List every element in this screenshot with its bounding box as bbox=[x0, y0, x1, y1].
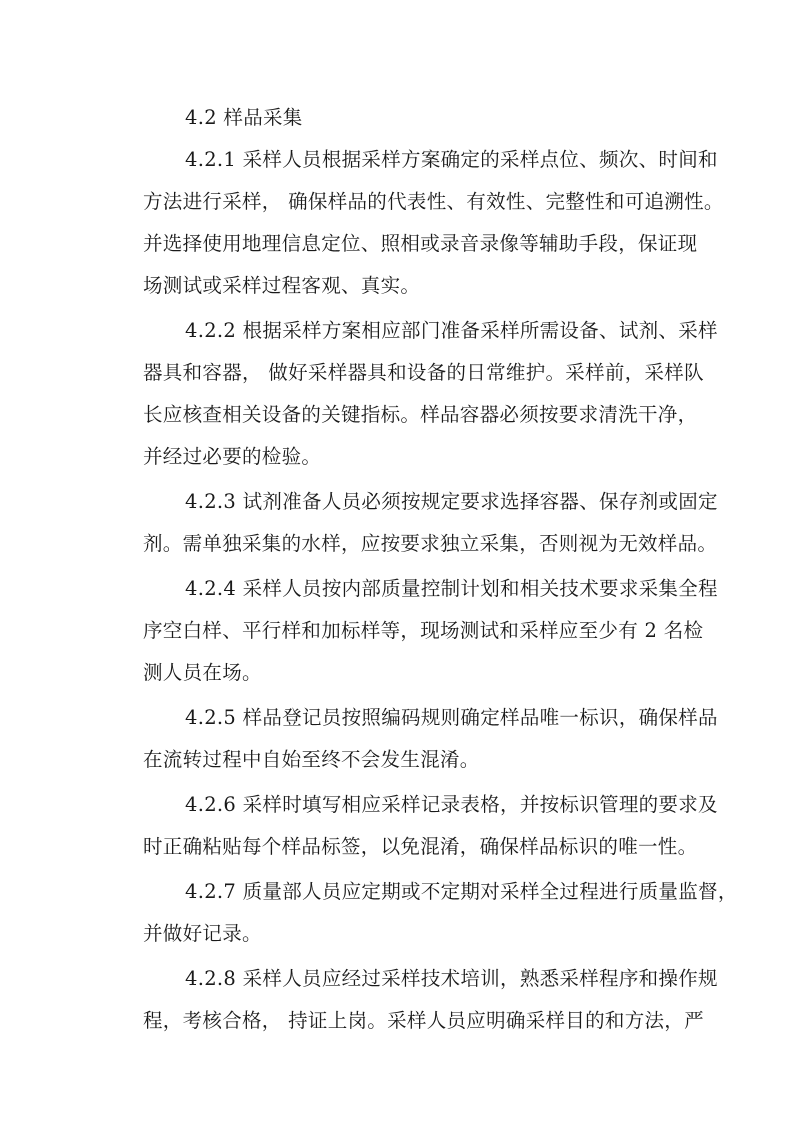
paragraph-4-2-2-line-2: 器具和容器， 做好采样器具和设备的日常维护。采样前，采样队 bbox=[143, 360, 683, 386]
paragraph-4-2-6-line-2: 时正确粘贴每个样品标签，以免混淆，确保样品标识的唯一性。 bbox=[143, 834, 683, 860]
paragraph-4-2-1-line-2: 方法进行采样， 确保样品的代表性、有效性、完整性和可追溯性。 bbox=[143, 189, 683, 215]
paragraph-4-2-7-line-1: 4.2.7 质量部人员应定期或不定期对采样全过程进行质量监督， bbox=[185, 879, 683, 905]
paragraph-4-2-4-line-3: 测人员在场。 bbox=[143, 660, 262, 686]
paragraph-4-2-8-line-2: 程，考核合格， 持证上岗。采样人员应明确采样目的和方法，严 bbox=[143, 1008, 683, 1034]
paragraph-4-2-4-line-1: 4.2.4 采样人员按内部质量控制计划和相关技术要求采集全程 bbox=[185, 576, 683, 602]
paragraph-4-2-5-line-2: 在流转过程中自始至终不会发生混淆。 bbox=[143, 747, 480, 773]
paragraph-4-2-2-line-1: 4.2.2 根据采样方案相应部门准备采样所需设备、试剂、采样 bbox=[185, 318, 683, 344]
paragraph-4-2-1-line-1: 4.2.1 采样人员根据采样方案确定的采样点位、频次、时间和 bbox=[185, 147, 683, 173]
paragraph-4-2-8-line-1: 4.2.8 采样人员应经过采样技术培训，熟悉采样程序和操作规 bbox=[185, 966, 683, 992]
paragraph-4-2-2-line-4: 并经过必要的检验。 bbox=[143, 444, 321, 470]
paragraph-4-2-1-line-3: 并选择使用地理信息定位、照相或录音录像等辅助手段，保证现 bbox=[143, 231, 683, 257]
paragraph-4-2-3-line-1: 4.2.3 试剂准备人员必须按规定要求选择容器、保存剂或固定 bbox=[185, 489, 683, 515]
section-heading: 4.2 样品采集 bbox=[185, 105, 303, 131]
paragraph-4-2-1-line-4: 场测试或采样过程客观、真实。 bbox=[143, 273, 420, 299]
paragraph-4-2-6-line-1: 4.2.6 采样时填写相应采样记录表格，并按标识管理的要求及 bbox=[185, 792, 683, 818]
paragraph-4-2-4-line-2: 序空白样、平行样和加标样等，现场测试和采样应至少有 2 名检 bbox=[143, 618, 683, 644]
paragraph-4-2-3-line-2: 剂。需单独采集的水样，应按要求独立采集，否则视为无效样品。 bbox=[143, 531, 683, 557]
paragraph-4-2-5-line-1: 4.2.5 样品登记员按照编码规则确定样品唯一标识，确保样品 bbox=[185, 705, 683, 731]
paragraph-4-2-7-line-2: 并做好记录。 bbox=[143, 921, 262, 947]
paragraph-4-2-2-line-3: 长应核查相关设备的关键指标。样品容器必须按要求清洗干净， bbox=[143, 402, 683, 428]
